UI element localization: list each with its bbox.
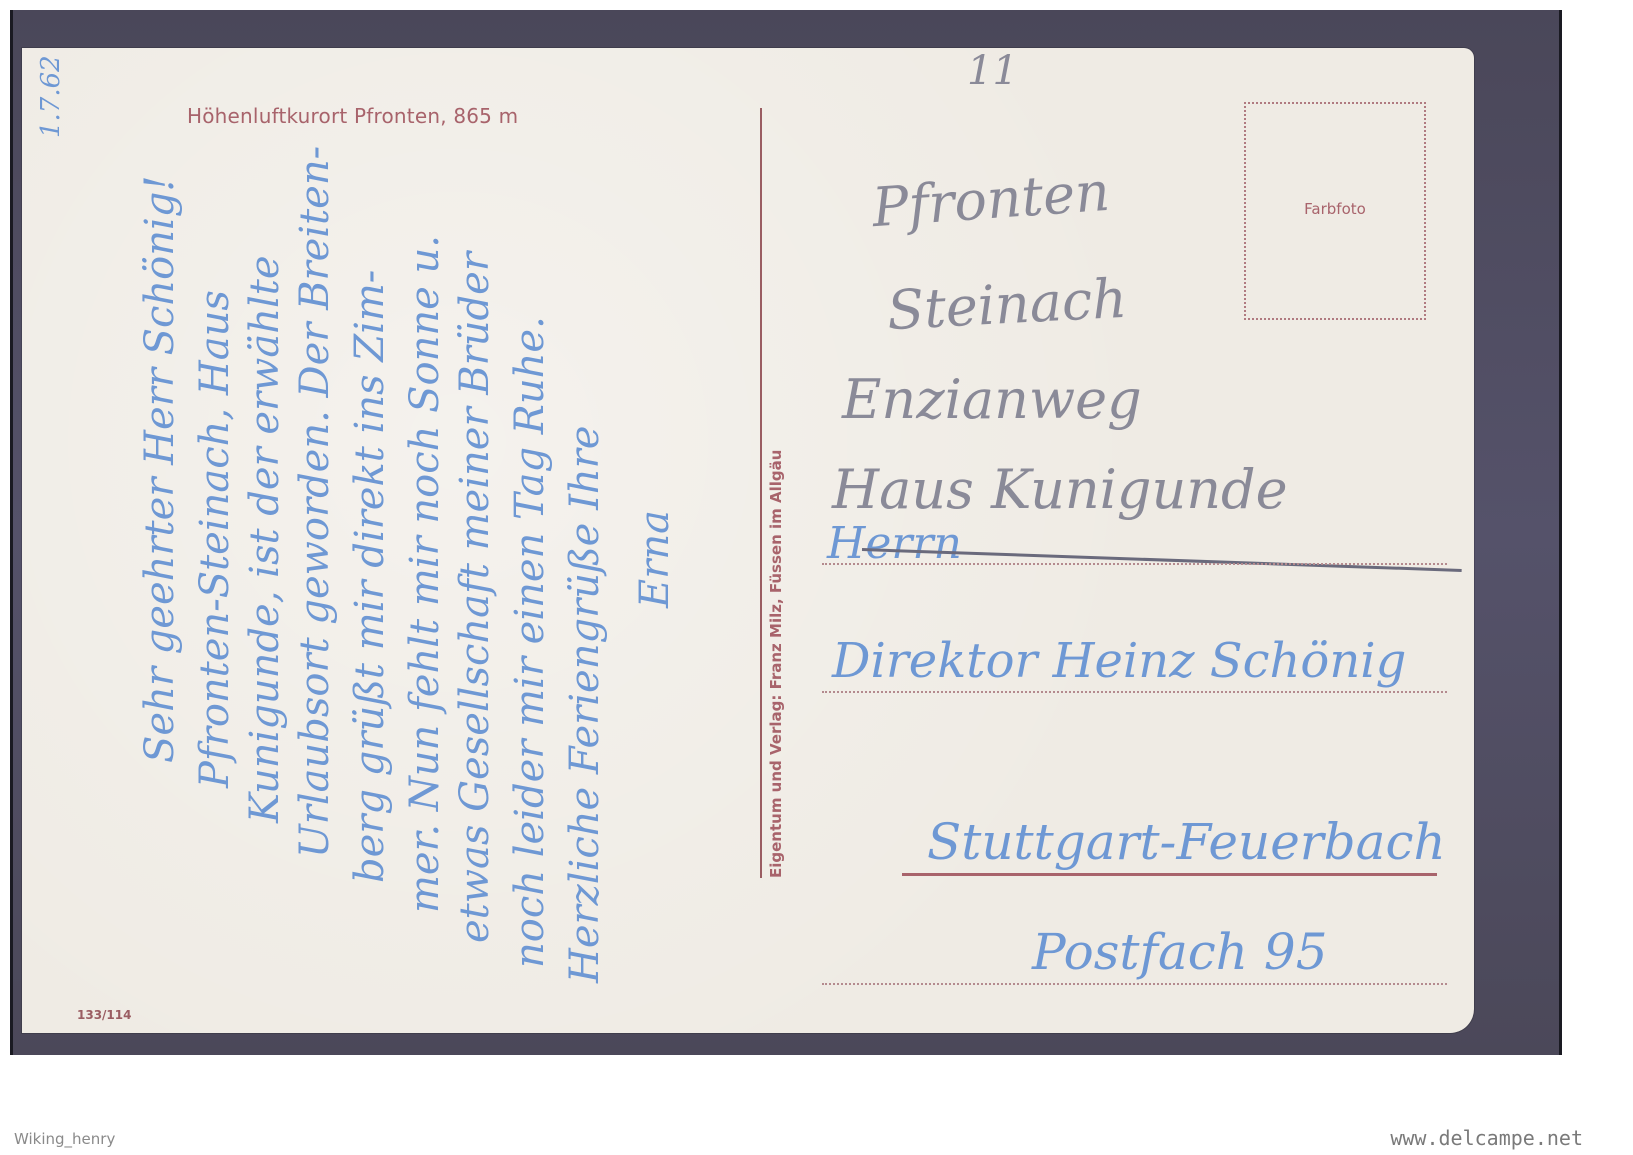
stamp-box-label: Farbfoto bbox=[1246, 200, 1424, 218]
address-line-3 bbox=[902, 873, 1437, 876]
message-line: berg grüßt mir direkt ins Zim- bbox=[347, 270, 393, 883]
uploader-watermark: Wiking_henry bbox=[14, 1130, 115, 1148]
sender-address-line: Haus Kunigunde bbox=[832, 458, 1288, 521]
address-line-4 bbox=[822, 983, 1447, 985]
sender-address-line: Pfronten bbox=[870, 160, 1112, 239]
recipient-postbox: Postfach 95 bbox=[1032, 923, 1328, 981]
site-watermark: www.delcampe.net bbox=[1390, 1126, 1583, 1150]
stamp-box: Farbfoto bbox=[1244, 102, 1426, 320]
address-line-2 bbox=[822, 691, 1447, 693]
sender-address-line: Enzianweg bbox=[842, 368, 1142, 431]
address-line-1 bbox=[822, 563, 1447, 565]
message-line: Kunigunde, ist der erwählte bbox=[242, 255, 288, 823]
message-line: Pfronten-Steinach, Haus bbox=[192, 290, 238, 788]
signature: Erna bbox=[632, 510, 678, 608]
message-line: Herzliche Feriengrüße Ihre bbox=[562, 426, 608, 983]
sender-address-line: Steinach bbox=[886, 267, 1129, 342]
recipient-name: Direktor Heinz Schönig bbox=[832, 633, 1406, 689]
recipient-city: Stuttgart-Feuerbach bbox=[927, 813, 1446, 871]
message-line: etwas Gesellschaft meiner Brüder bbox=[452, 252, 498, 943]
printed-title: Höhenluftkurort Pfronten, 865 m bbox=[187, 104, 518, 128]
handwritten-date: 1.7.62 bbox=[36, 55, 66, 138]
postcard: Höhenluftkurort Pfronten, 865 m Eigentum… bbox=[22, 48, 1474, 1033]
message-line: noch leider mir einen Tag Ruhe. bbox=[507, 316, 553, 968]
message-line: Urlaubsort geworden. Der Breiten- bbox=[292, 146, 338, 858]
pencil-note: 11 bbox=[967, 48, 1018, 94]
publisher-credit: Eigentum und Verlag: Franz Milz, Füssen … bbox=[767, 450, 785, 878]
catalog-number: 133/114 bbox=[77, 1008, 131, 1022]
center-divider bbox=[760, 108, 762, 878]
message-line: Sehr geehrter Herr Schönig! bbox=[137, 176, 183, 763]
message-line: mer. Nun fehlt mir noch Sonne u. bbox=[402, 235, 448, 913]
address-salutation-struck: Herrn bbox=[827, 518, 962, 569]
